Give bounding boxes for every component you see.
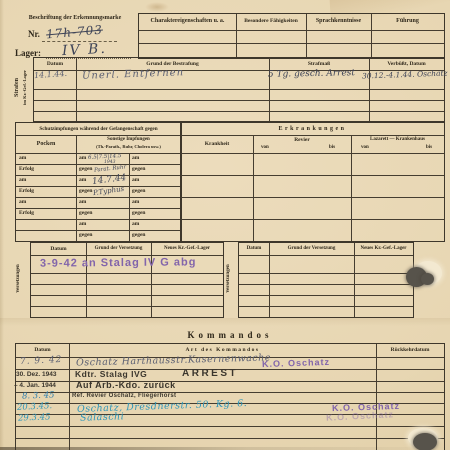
row-label-gegen: gegen xyxy=(132,232,145,238)
row-line xyxy=(31,295,223,296)
col-divider xyxy=(86,243,87,317)
col-header-art: Art des Kommandos xyxy=(69,347,376,353)
col-header-rueckkehr: Rückkehrdatum xyxy=(376,347,444,353)
kommando-art-stamp: Auf Arb.-Kdo. zurück xyxy=(76,380,176,390)
row-label-am: am xyxy=(19,177,26,183)
impfung-gegen1: Parat. Ruhr xyxy=(94,164,127,173)
punch-hole xyxy=(413,433,437,450)
row-line xyxy=(16,197,181,198)
row-line xyxy=(139,30,444,31)
col-header-sonstige-sub: (Th.-Parath., Ruhr, Cholera usw.) xyxy=(76,144,181,149)
col-header-verbuesst: Verbüßt, Datum xyxy=(369,61,444,67)
row-label-gegen: gegen xyxy=(132,166,145,172)
versetzungen-table-left: Datum Grund der Versetzung Neues Kr.-Gef… xyxy=(30,242,224,318)
row-line xyxy=(31,273,223,274)
row-label-am: am xyxy=(132,199,139,205)
row-line xyxy=(16,219,181,220)
row-label-am: am xyxy=(79,155,86,161)
versetzungen-table-right: Datum Grund der Versetzung Neues Kr.-Gef… xyxy=(238,242,414,318)
row-line xyxy=(31,306,223,307)
row-line xyxy=(16,438,444,439)
row-line xyxy=(139,43,444,44)
strafen-entry-strafmass: 5 Tg. gesch. Arrest xyxy=(268,68,355,80)
kommandos-title: Kommandos xyxy=(140,330,320,340)
row-line xyxy=(239,295,413,296)
kommando-art: Salaschi xyxy=(80,411,125,424)
row-line xyxy=(31,284,223,285)
versetzungen-side-label-left: Versetzungen xyxy=(16,246,21,312)
header-line xyxy=(239,255,413,256)
col-header-grund: Grund der Versetzung xyxy=(86,246,151,251)
col-header-sprachen: Sprachkenntnisse xyxy=(306,18,371,24)
impfungen-title: Schutzimpfungen während der Gefangenscha… xyxy=(16,126,181,132)
row-label-erfolg: Erfolg xyxy=(19,188,34,194)
paper-stain xyxy=(145,2,169,12)
paper-fold-shadow xyxy=(0,318,450,326)
erkrankungen-title: Erkrankungen xyxy=(181,126,444,132)
col-header-sonstige: Sonstige Impfungen xyxy=(76,137,181,142)
row-label-gegen: gegen xyxy=(79,232,92,238)
lazarett-von-label: von xyxy=(361,145,369,150)
nr-label: Nr. xyxy=(28,29,40,39)
col-header-datum: Datum xyxy=(16,347,69,353)
col-divider xyxy=(354,243,355,317)
row-line xyxy=(34,89,444,90)
col-divider xyxy=(253,135,254,241)
col-header-neues: Neues Kr.-Gef.-Lager xyxy=(151,246,223,251)
row-line xyxy=(16,426,444,427)
row-label-erfolg: Erfolg xyxy=(19,166,34,172)
col-divider xyxy=(129,153,130,241)
row-line xyxy=(181,175,444,176)
kommando-datum-stamp: – 4. Jan. 1944 xyxy=(14,382,56,389)
subheader-line xyxy=(181,153,444,154)
paper-left-edge xyxy=(0,0,4,450)
versetzungen-side-label-right: Versetzungen xyxy=(226,246,231,312)
col-divider xyxy=(69,344,70,450)
col-header-krankheit: Krankheit xyxy=(181,141,253,147)
row-line xyxy=(34,100,444,101)
row-label-gegen: gegen xyxy=(79,210,92,216)
kommando-datum: 20.3.45. xyxy=(17,401,53,413)
col-header-strafmass: Strafmaß xyxy=(269,61,369,67)
col-header-grund: Grund der Versetzung xyxy=(269,246,354,251)
kommando-art-stamp: Ref. Revier Oschatz, Fliegerhorst xyxy=(72,393,176,399)
row-label-am: am xyxy=(132,177,139,183)
col-header-fuehrung: Führung xyxy=(371,18,444,24)
punch-hole xyxy=(421,273,434,285)
row-line xyxy=(181,219,444,220)
row-label-am: am xyxy=(79,221,86,227)
row-line xyxy=(239,284,413,285)
row-label-erfolg: Erfolg xyxy=(19,210,34,216)
col-divider xyxy=(151,243,152,317)
row-line xyxy=(16,208,181,209)
col-header-datum: Datum xyxy=(34,61,76,67)
row-line xyxy=(16,230,181,231)
row-label-am: am xyxy=(79,177,86,183)
kommando-datum-stamp: 30. Dez. 1943 xyxy=(16,371,56,378)
kommando-datum: 8. 3. 45 xyxy=(22,390,55,401)
row-line xyxy=(16,164,181,165)
row-label-am: am xyxy=(132,155,139,161)
row-line xyxy=(239,273,413,274)
col-header-grund: Grund der Bestrafung xyxy=(76,61,269,67)
col-header-neues: Neues Kr.-Gef.-Lager xyxy=(354,246,413,251)
kommando-datum: 29.3.45 xyxy=(18,412,51,423)
row-label-gegen: gegen xyxy=(79,188,92,194)
erkrankungen-table: Erkrankungen Krankheit Revier von bis La… xyxy=(180,122,445,242)
impfungen-table: Schutzimpfungen während der Gefangenscha… xyxy=(15,122,182,242)
col-header-lazarett: Lazarett — Krankenhaus xyxy=(351,137,444,142)
arrest-stamp: ARREST xyxy=(182,368,238,379)
title-line xyxy=(16,135,181,136)
pow-record-card: Beschriftung der Erkennungsmarke Nr. 17h… xyxy=(0,0,450,450)
strafen-side-label-1: Strafen xyxy=(14,58,20,118)
col-divider xyxy=(76,135,77,241)
row-label-am: am xyxy=(79,199,86,205)
col-header-datum: Datum xyxy=(239,246,269,251)
col-header-faehigkeiten: Besondere Fähigkeiten xyxy=(236,18,306,24)
lazarett-bis-label: bis xyxy=(426,145,432,150)
col-header-charakter: Charaktereigenschaften u. a. xyxy=(139,18,236,24)
col-header-revier: Revier xyxy=(253,137,351,143)
row-line xyxy=(239,306,413,307)
impfung-am1-year: 1943 xyxy=(104,160,115,165)
row-label-am: am xyxy=(132,221,139,227)
row-label-am: am xyxy=(19,155,26,161)
strafen-table: Datum Grund der Bestrafung Strafmaß Verb… xyxy=(33,57,445,122)
eigenschaften-table: Charaktereigenschaften u. a. Besondere F… xyxy=(138,13,445,59)
row-label-gegen: gegen xyxy=(79,166,92,172)
versetzung-stamp: 3-9-42 an Stalag IV G abg xyxy=(40,256,197,269)
col-divider xyxy=(351,135,352,241)
row-label-gegen: gegen xyxy=(132,188,145,194)
row-label-am: am xyxy=(19,199,26,205)
title-line xyxy=(181,135,444,136)
col-header-pocken: Pocken xyxy=(16,141,76,147)
kommando-art-stamp: Kdtr. Stalag IVG xyxy=(75,369,147,379)
nr-value: 17h-703 xyxy=(45,23,103,42)
row-line xyxy=(34,111,444,112)
strafen-side-label-2: im Kr.-Gef.-Lager xyxy=(22,58,27,118)
erkennungsmarke-title: Beschriftung der Erkennungsmarke xyxy=(15,15,135,21)
row-label-gegen: gegen xyxy=(132,210,145,216)
col-divider xyxy=(376,344,377,450)
revier-bis-label: bis xyxy=(329,145,335,150)
row-line xyxy=(181,197,444,198)
col-divider xyxy=(269,243,270,317)
revier-von-label: von xyxy=(261,145,269,150)
col-header-datum: Datum xyxy=(31,246,86,252)
